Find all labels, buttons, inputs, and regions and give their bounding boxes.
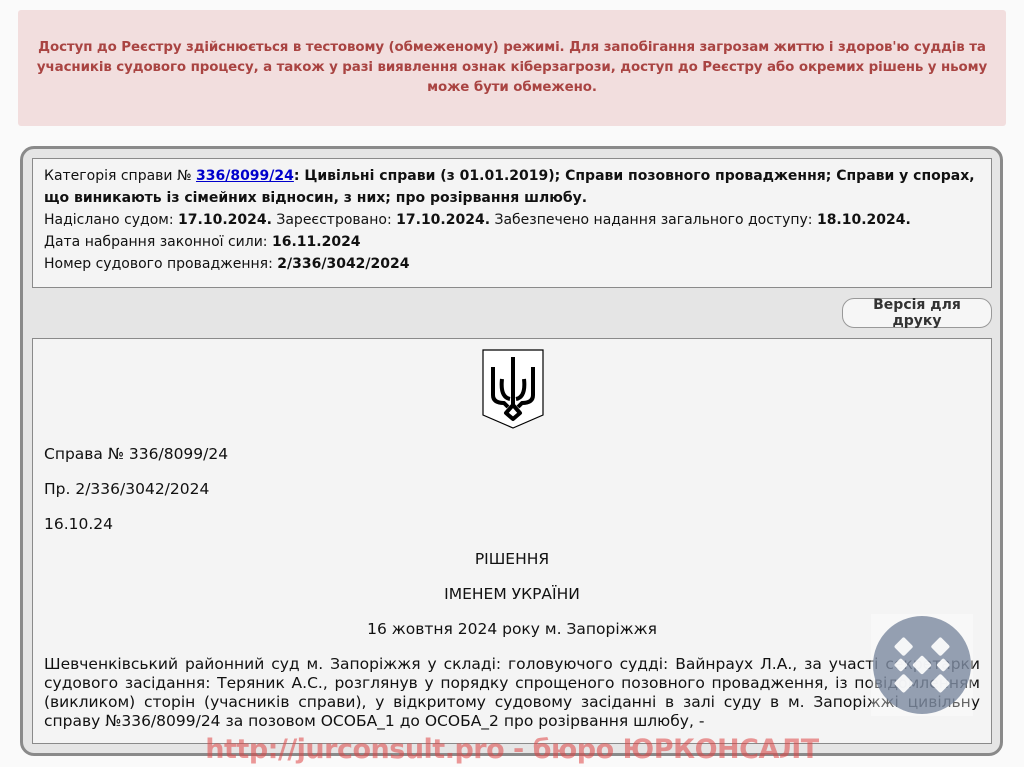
case-number-link[interactable]: 336/8099/24: [196, 168, 294, 184]
case-dates: Надіслано судом: 17.10.2024. Зареєстрова…: [44, 209, 980, 231]
watermark-text: http://jurconsult.pro - бюро ЮРКОНСАЛТ: [0, 734, 1024, 765]
puzzle-badge-icon[interactable]: [871, 614, 973, 716]
access-notice-text: Доступ до Реєстру здійснюється в тестово…: [32, 38, 992, 98]
doc-subtitle: ІМЕНЕМ УКРАЇНИ: [33, 585, 991, 603]
case-info-panel: Категорія справи № 336/8099/24: Цивільні…: [32, 158, 992, 288]
doc-paragraph: Шевченківський районний суд м. Запоріжжя…: [44, 655, 980, 731]
print-version-button[interactable]: Версія для друку: [842, 298, 992, 328]
case-category: Категорія справи № 336/8099/24: Цивільні…: [44, 165, 980, 209]
doc-date: 16.10.24: [44, 515, 113, 533]
doc-case-number: Справа № 336/8099/24: [44, 445, 228, 463]
doc-title: РІШЕННЯ: [33, 550, 991, 568]
decision-document: Справа № 336/8099/24 Пр. 2/336/3042/2024…: [32, 338, 992, 744]
ukraine-coat-of-arms-icon: [482, 349, 544, 433]
access-notice: Доступ до Реєстру здійснюється в тестово…: [18, 10, 1006, 126]
proceeding-number: Номер судового провадження: 2/336/3042/2…: [44, 253, 980, 275]
doc-date-place: 16 жовтня 2024 року м. Запоріжжя: [33, 620, 991, 638]
doc-proceeding-number: Пр. 2/336/3042/2024: [44, 480, 209, 498]
legal-force-date: Дата набрання законної сили: 16.11.2024: [44, 231, 980, 253]
